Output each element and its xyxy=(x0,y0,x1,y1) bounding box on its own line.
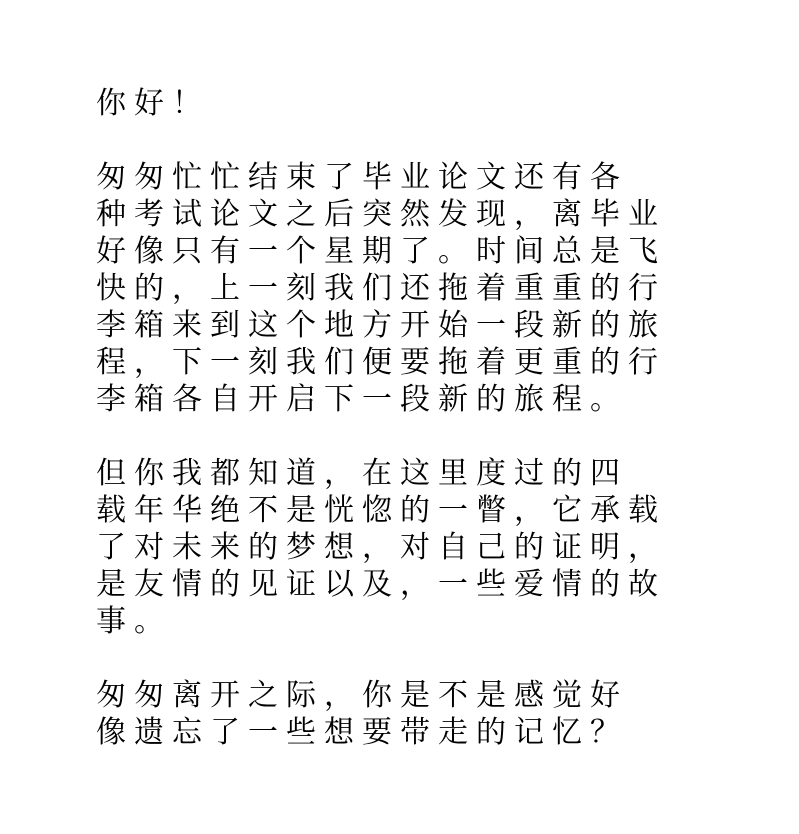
text-line: 程，下一刻我们便要拖着更重的行 xyxy=(96,344,736,381)
text-line: 匆匆忙忙结束了毕业论文还有各 xyxy=(96,159,736,196)
text-line: 是友情的见证以及，一些爱情的故 xyxy=(96,566,736,603)
text-line: 像遗忘了一些想要带走的记忆？ xyxy=(96,714,736,751)
text-line: 种考试论文之后突然发现，离毕业 xyxy=(96,196,736,233)
paragraph-busy-graduation: 匆匆忙忙结束了毕业论文还有各 种考试论文之后突然发现，离毕业 好像只有一个星期了… xyxy=(96,159,736,418)
text-line: 李箱来到这个地方开始一段新的旅 xyxy=(96,307,736,344)
text-line: 你好！ xyxy=(96,85,736,122)
paragraph-leaving-memories: 匆匆离开之际，你是不是感觉好 像遗忘了一些想要带走的记忆？ xyxy=(96,677,736,751)
paragraph-four-years: 但你我都知道，在这里度过的四 载年华绝不是恍惚的一瞥，它承载 了对未来的梦想，对… xyxy=(96,455,736,640)
text-line: 载年华绝不是恍惚的一瞥，它承载 xyxy=(96,492,736,529)
greeting-paragraph: 你好！ xyxy=(96,85,736,122)
text-line: 事。 xyxy=(96,603,736,640)
letter-document: 你好！ 匆匆忙忙结束了毕业论文还有各 种考试论文之后突然发现，离毕业 好像只有一… xyxy=(96,85,736,788)
text-line: 但你我都知道，在这里度过的四 xyxy=(96,455,736,492)
text-line: 了对未来的梦想，对自己的证明， xyxy=(96,529,736,566)
text-line: 好像只有一个星期了。时间总是飞 xyxy=(96,233,736,270)
text-line: 快的，上一刻我们还拖着重重的行 xyxy=(96,270,736,307)
text-line: 李箱各自开启下一段新的旅程。 xyxy=(96,381,736,418)
text-line: 匆匆离开之际，你是不是感觉好 xyxy=(96,677,736,714)
